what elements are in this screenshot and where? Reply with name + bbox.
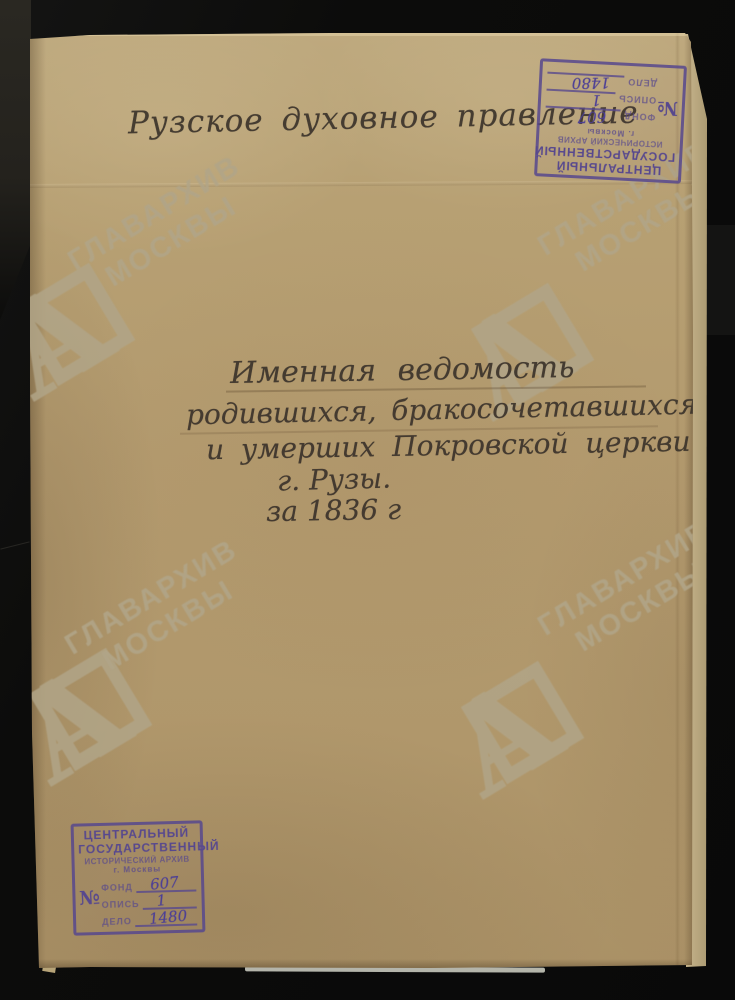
scanner-background-patch [706,225,735,335]
scanner-background-light-patch [0,0,31,320]
paper-edge-shadow-left [30,33,46,968]
stamp-field-row: ДЕЛО 1480 [547,72,658,95]
stamp-field-value: 1480 [148,906,188,928]
stamp-number-symbol: № [656,78,679,129]
paper-edge-highlight-top [30,33,693,36]
watermark-text: ГЛАВАРХИВ МОСКВЫ [57,532,262,692]
handwritten-title-line: и умерших Покровской церкви [206,425,691,466]
watermark-text: ГЛАВАРХИВ МОСКВЫ [60,148,265,308]
stamp-field-label: ОПИСЬ [618,92,656,105]
stamp-number-symbol: № [78,877,103,929]
document-cover: А ГЛАВАРХИВ МОСКВЫ А ГЛАВАРХИВ МОСКВЫ А … [30,33,693,968]
stamp-field-value: 1 [591,91,601,109]
stamp-field-underline: 1480 [135,906,198,927]
archive-stamp-bottom: ЦЕНТРАЛЬНЫЙ ГОСУДАРСТВЕННЫЙ ИСТОРИЧЕСКИЙ… [71,820,206,935]
stamp-field-underline: 1480 [547,72,625,95]
scanner-background-scratch [0,541,29,549]
stamp-field-row: ДЕЛО 1480 [102,908,197,927]
archive-stamp-top: ЦЕНТРАЛЬНЫЙ ГОСУДАРСТВЕННЫЙ ИСТОРИЧЕСКИЙ… [534,58,687,184]
stamp-field-label: ДЕЛО [102,916,132,928]
handwritten-title-line: родившихся, бракосочетавшихся [186,388,693,432]
handwritten-title-line: г. Рузы. [277,462,392,498]
glavarkhiv-logo-icon: А [445,646,610,811]
handwritten-title-line: за 1836 г [266,493,402,528]
logo-letter: А [427,656,580,817]
paper-crease [30,180,693,188]
stamp-field-label: ДЕЛО [627,76,657,89]
stamp-field-value: 1480 [572,74,610,93]
stamp-field-label: ФОНД [623,110,655,123]
scanned-archive-cover-page: А ГЛАВАРХИВ МОСКВЫ А ГЛАВАРХИВ МОСКВЫ А … [0,0,735,1000]
watermark-text: ГЛАВАРХИВ МОСКВЫ [530,513,693,673]
handwritten-title-line: Именная ведомость [230,350,575,391]
paper-edge-shadow-bottom [30,959,693,968]
stamp-field-label: ФОНД [101,882,133,894]
